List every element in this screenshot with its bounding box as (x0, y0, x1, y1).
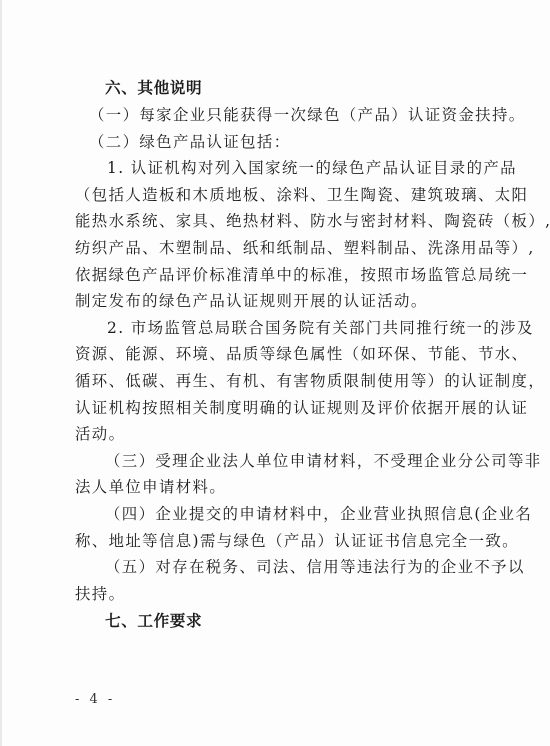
text-line: 扶持。 (75, 581, 469, 608)
section-7-heading: 七、工作要求 (75, 607, 469, 635)
text-line: 2. 市场监管总局联合国务院有关部门共同推行统一的涉及 (75, 315, 469, 342)
section-6-heading: 六、其他说明 (75, 74, 469, 102)
page-number: - 4 - (75, 692, 115, 707)
paragraph-item-1: （一）每家企业只能获得一次绿色（产品）认证资金扶持。 (75, 102, 469, 129)
paragraph-item-4: （四）企业提交的申请材料中，企业营业执照信息(企业名 称、地址等信息)需与绿色（… (75, 501, 469, 554)
text-line: 活动。 (75, 421, 469, 448)
text-line: （四）企业提交的申请材料中，企业营业执照信息(企业名 (75, 501, 469, 528)
paragraph-item-3: （三）受理企业法人单位申请材料，不受理企业分公司等非 法人单位申请材料。 (75, 448, 469, 501)
text-line: 称、地址等信息)需与绿色（产品）认证证书信息完全一致。 (75, 528, 469, 555)
paragraph-sub-2: 2. 市场监管总局联合国务院有关部门共同推行统一的涉及 资源、能源、环境、品质等… (75, 315, 469, 448)
text-line: （五）对存在税务、司法、信用等违法行为的企业不予以 (75, 554, 469, 581)
paragraph-sub-1: 1. 认证机构对列入国家统一的绿色产品认证目录的产品 （包括人造板和木质地板、涂… (75, 155, 469, 315)
page-edge (0, 0, 2, 746)
text-line: （三）受理企业法人单位申请材料，不受理企业分公司等非 (75, 448, 469, 475)
text-line: 循环、低碳、再生、有机、有害物质限制使用等）的认证制度， (75, 368, 469, 395)
document-body: 六、其他说明 （一）每家企业只能获得一次绿色（产品）认证资金扶持。 （二）绿色产… (75, 74, 469, 635)
text-line: 能热水系统、家具、绝热材料、防水与密封材料、陶瓷砖（板）, (75, 208, 469, 235)
text-line: 法人单位申请材料。 (75, 474, 469, 501)
document-page: 六、其他说明 （一）每家企业只能获得一次绿色（产品）认证资金扶持。 （二）绿色产… (0, 0, 550, 746)
paragraph-item-5: （五）对存在税务、司法、信用等违法行为的企业不予以 扶持。 (75, 554, 469, 607)
text-line: 制定发布的绿色产品认证规则开展的认证活动。 (75, 288, 469, 315)
paragraph-item-2: （二）绿色产品认证包括： (75, 129, 469, 156)
text-line: 资源、能源、环境、品质等绿色属性（如环保、节能、节水、 (75, 341, 469, 368)
text-line: 认证机构按照相关制度明确的认证规则及评价依据开展的认证 (75, 395, 469, 422)
text-line: 纺织产品、木塑制品、纸和纸制品、塑料制品、洗涤用品等）, (75, 235, 469, 262)
text-line: 1. 认证机构对列入国家统一的绿色产品认证目录的产品 (75, 155, 469, 182)
text-line: （包括人造板和木质地板、涂料、卫生陶瓷、建筑玻璃、太阳 (75, 182, 469, 209)
text-line: 依据绿色产品评价标准清单中的标准，按照市场监管总局统一 (75, 262, 469, 289)
